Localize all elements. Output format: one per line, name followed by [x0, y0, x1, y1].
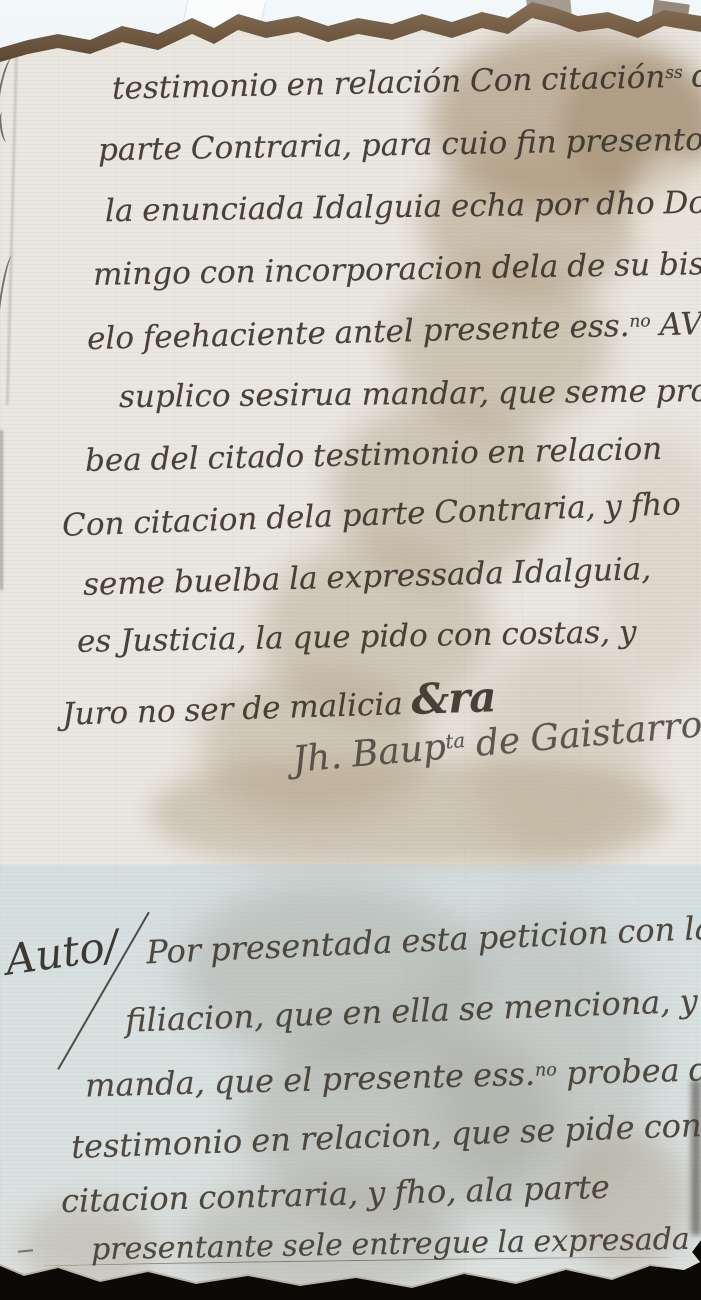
gutter-shadow	[691, 1080, 701, 1235]
page-edge-shadow	[0, 430, 3, 590]
line-text: dela	[682, 57, 701, 95]
manuscript-scan: testimonio en relación Con citaciónss de…	[0, 0, 701, 1300]
manuscript-page: testimonio en relación Con citaciónss de…	[0, 0, 701, 1300]
superscript-abbreviation: ta	[444, 729, 466, 754]
superscript-abbreviation: no	[629, 312, 651, 333]
line-text: AVmd	[650, 305, 701, 343]
superscript-abbreviation: ss	[665, 63, 683, 83]
manuscript-line: suplico sesirua mandar, que seme pro-	[119, 373, 701, 415]
etcetera-mark: &ra	[411, 672, 496, 724]
line-text: probea del	[556, 1049, 701, 1092]
line-text: suplico sesirua mandar, que seme pro-	[119, 373, 701, 415]
superscript-abbreviation: no	[535, 1060, 557, 1081]
